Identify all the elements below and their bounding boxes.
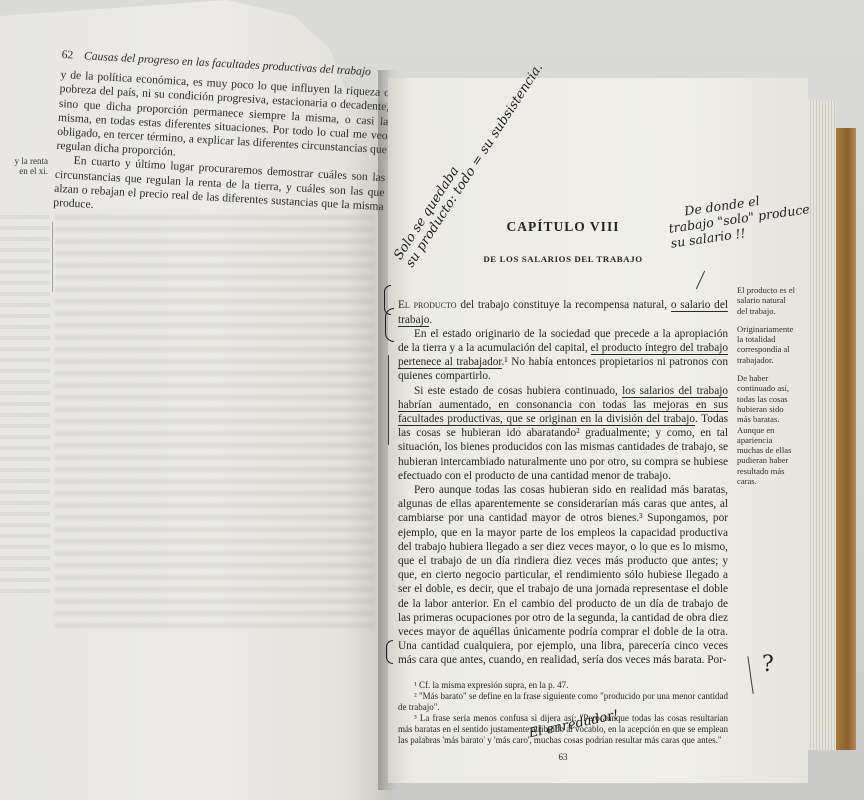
margin-note-3: De haber continuado así, todas las cosas… (737, 373, 797, 486)
margin-note-1: El producto es el salario natural del tr… (737, 285, 797, 316)
footnotes: ¹ Cf. la misma expresión supra, en la p.… (398, 680, 728, 746)
pen-margin-line (388, 355, 389, 445)
pencil-mark (52, 222, 53, 292)
right-margin-notes: El producto es el salario natural del tr… (737, 285, 797, 494)
left-page-text: 62 Causas del progreso en las facultades… (53, 48, 392, 228)
right-page-text: CAPÍTULO VIII DE LOS SALARIOS DEL TRABAJ… (398, 220, 728, 764)
page-block-edges (808, 100, 836, 750)
paragraph-1-text: del trabajo constituye la recompensa nat… (457, 299, 671, 311)
page-number-left: 62 (61, 48, 73, 62)
pen-bracket (385, 308, 394, 342)
pen-bracket (386, 640, 393, 664)
margin-note-2: Originariamente la totalidad correspondí… (737, 324, 797, 365)
paragraph-4: Pero aunque todas las cosas hubieran sid… (398, 483, 728, 668)
left-margin-note: y la renta en el xi. (4, 156, 48, 176)
show-through-margin (0, 215, 50, 595)
paragraph-1: El producto del trabajo constituye la re… (398, 298, 728, 326)
paragraph-3-text-a: Si este estado de cosas hubiera continua… (414, 385, 622, 397)
footnote-2: ² "Más barato" se define en la frase sig… (398, 691, 728, 713)
paragraph-3: Si este estado de cosas hubiera continua… (398, 384, 728, 483)
footnote-1: ¹ Cf. la misma expresión supra, en la p.… (398, 680, 728, 691)
page-number-right: 63 (398, 750, 728, 764)
show-through-text (55, 215, 375, 635)
handwritten-question-mark: ? (762, 652, 774, 677)
book-cover-edge (836, 128, 856, 750)
paragraph-1-end: . (429, 314, 432, 326)
paragraph-1-lead: El producto (398, 299, 457, 311)
chapter-subtitle: DE LOS SALARIOS DEL TRABAJO (398, 252, 728, 266)
paragraph-2: En el estado originario de la sociedad q… (398, 327, 728, 384)
